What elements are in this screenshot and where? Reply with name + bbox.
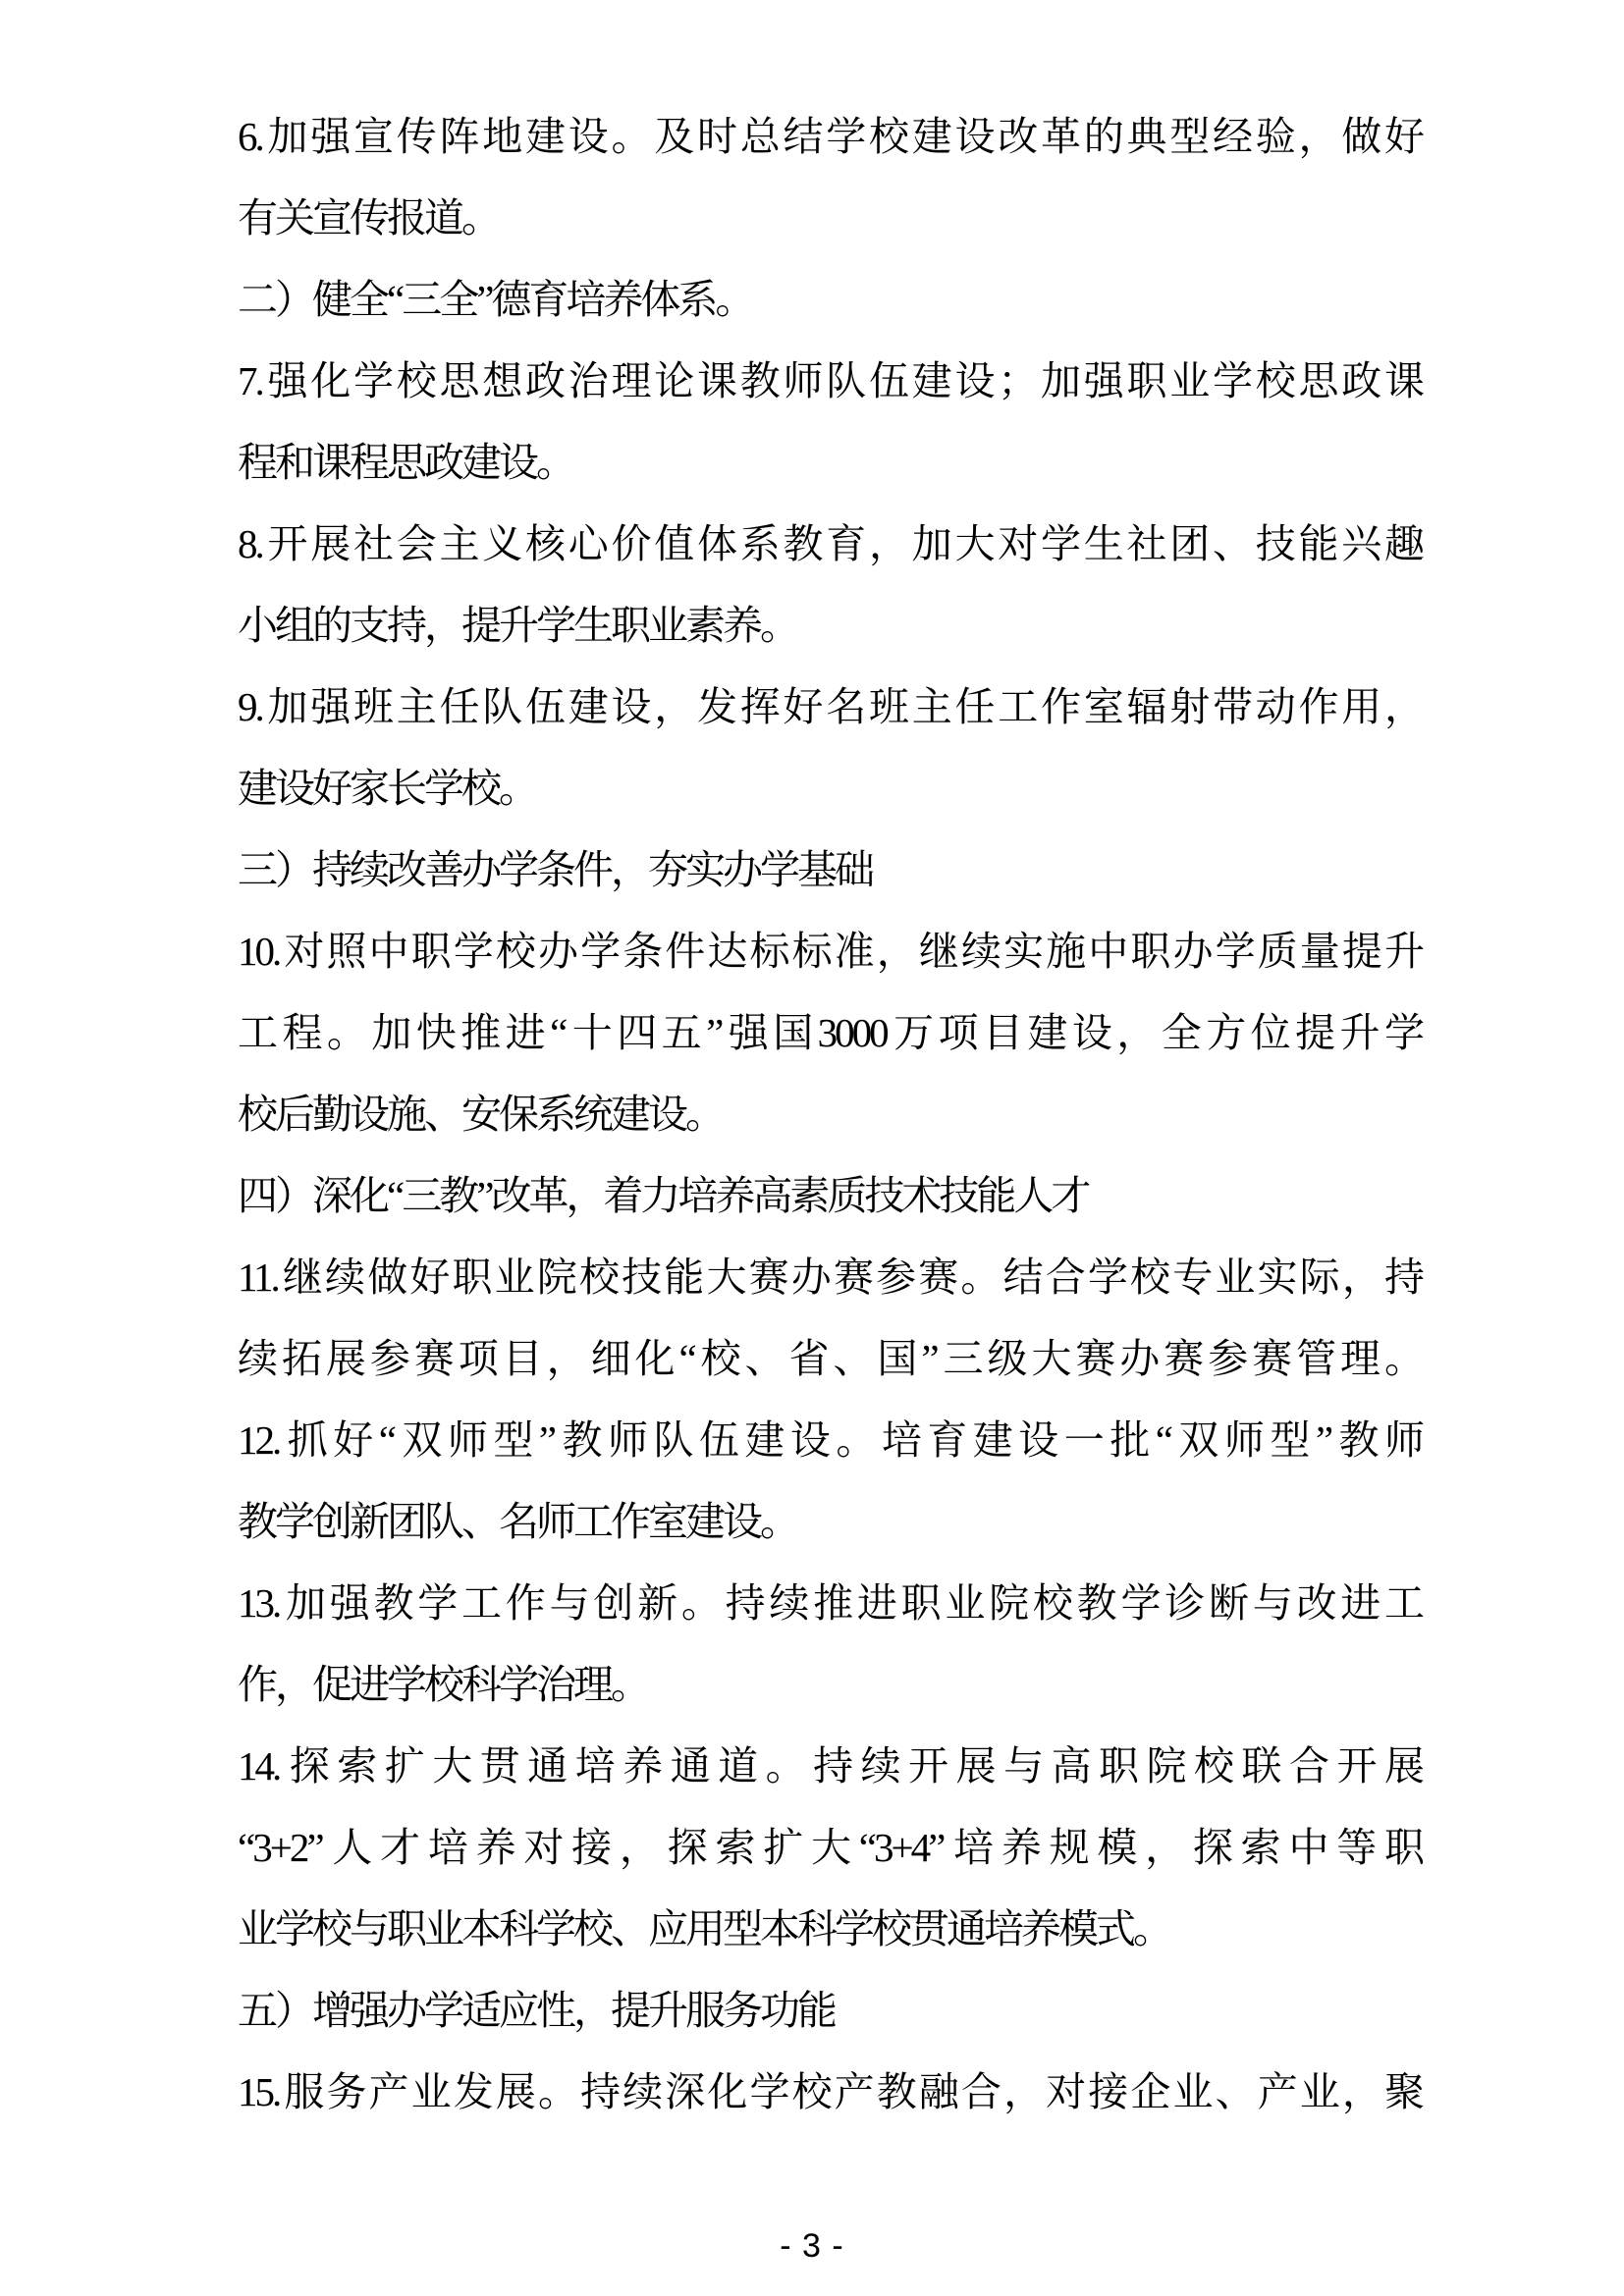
document-page: 6.加强宣传阵地建设。及时总结学校建设改革的典型经验，做好 有关宣传报道。 二）… <box>0 0 1624 2296</box>
text-line: 7.强化学校思想政治理论课教师队伍建设；加强职业学校思政课 <box>238 341 1422 422</box>
text-line: 10.对照中职学校办学条件达标标准，继续实施中职办学质量提升 <box>238 911 1422 992</box>
text-line: 校后勤设施、安保系统建设。 <box>238 1074 1422 1155</box>
document-body: 6.加强宣传阵地建设。及时总结学校建设改革的典型经验，做好 有关宣传报道。 二）… <box>238 96 1422 2133</box>
text-line: 程和课程思政建设。 <box>238 422 1422 504</box>
text-line: 业学校与职业本科学校、应用型本科学校贯通培养模式。 <box>238 1889 1422 1970</box>
text-line: 小组的支持，提升学生职业素养。 <box>238 585 1422 667</box>
page-number: - 3 - <box>0 2226 1624 2266</box>
text-line: 有关宣传报道。 <box>238 178 1422 259</box>
text-line: 二）健全“三全”德育培养体系。 <box>238 259 1422 341</box>
text-line: 建设好家长学校。 <box>238 748 1422 829</box>
text-line: 11.继续做好职业院校技能大赛办赛参赛。结合学校专业实际，持 <box>238 1237 1422 1318</box>
text-line: 9.加强班主任队伍建设，发挥好名班主任工作室辐射带动作用， <box>238 667 1422 748</box>
text-line: “3+2”人才培养对接，探索扩大“3+4”培养规模，探索中等职 <box>238 1807 1422 1889</box>
text-line: 四）深化“三教”改革，着力培养高素质技术技能人才 <box>238 1155 1422 1237</box>
text-line: 教学创新团队、名师工作室建设。 <box>238 1481 1422 1563</box>
text-line: 工程。加快推进“十四五”强国3000万项目建设，全方位提升学 <box>238 992 1422 1074</box>
text-line: 8.开展社会主义核心价值体系教育，加大对学生社团、技能兴趣 <box>238 504 1422 585</box>
text-line: 13.加强教学工作与创新。持续推进职业院校教学诊断与改进工 <box>238 1563 1422 1644</box>
text-line: 15.服务产业发展。持续深化学校产教融合，对接企业、产业，聚 <box>238 2052 1422 2133</box>
text-line: 作，促进学校科学治理。 <box>238 1644 1422 1726</box>
text-line: 12.抓好“双师型”教师队伍建设。培育建设一批“双师型”教师 <box>238 1400 1422 1481</box>
text-line: 14.探索扩大贯通培养通道。持续开展与高职院校联合开展 <box>238 1726 1422 1807</box>
text-line: 6.加强宣传阵地建设。及时总结学校建设改革的典型经验，做好 <box>238 96 1422 178</box>
text-line: 续拓展参赛项目，细化“校、省、国”三级大赛办赛参赛管理。 <box>238 1318 1422 1400</box>
text-line: 五）增强办学适应性，提升服务功能 <box>238 1970 1422 2052</box>
text-line: 三）持续改善办学条件，夯实办学基础 <box>238 829 1422 911</box>
